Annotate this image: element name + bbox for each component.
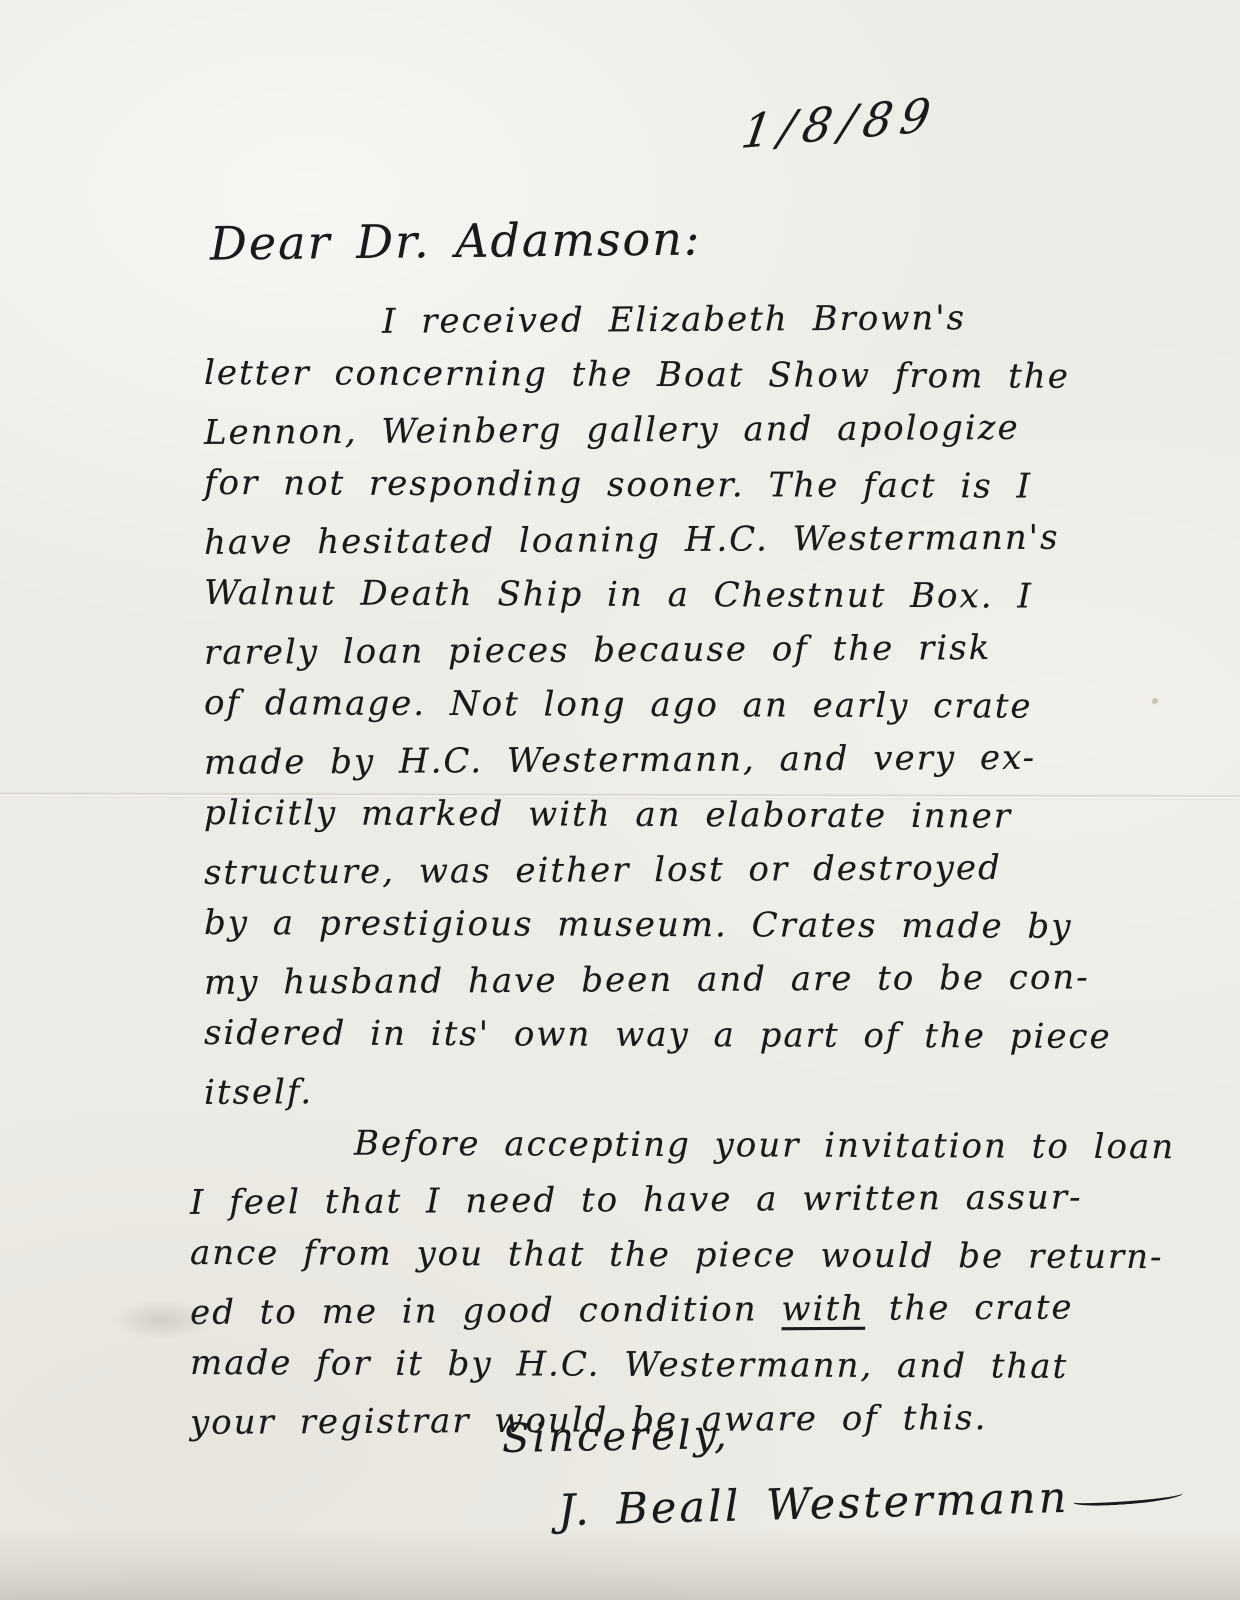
paper-smudge — [112, 1300, 212, 1340]
line-text-post: the crate — [865, 1287, 1074, 1328]
letter-line: rarely loan pieces because of the risk — [204, 620, 1134, 681]
letter-line: Walnut Death Ship in a Chestnut Box. I — [204, 566, 1134, 625]
letter-page: 1/8/89 Dear Dr. Adamson: I received Eliz… — [0, 0, 1240, 1600]
letter-line: made by H.C. Westermann, and very ex- — [204, 730, 1134, 791]
closing: Sincerely, — [502, 1412, 730, 1462]
underlined-word: with — [781, 1289, 865, 1330]
letter-line: Before accepting your invitation to loan — [204, 1116, 1134, 1175]
letter-body: I received Elizabeth Brown's letter conc… — [204, 293, 1134, 1448]
letter-line: ance from you that the piece would be re… — [190, 1226, 1134, 1285]
letter-line: Lennon, Weinberg gallery and apologize — [204, 400, 1134, 461]
signature-flourish-stroke — [1073, 1488, 1184, 1508]
letter-line: itself. — [204, 1060, 1134, 1121]
letter-date: 1/8/89 — [738, 87, 942, 159]
letter-line: of damage. Not long ago an early crate — [204, 676, 1134, 735]
paper-speck — [1152, 698, 1159, 705]
letter-line: for not responding sooner. The fact is I — [204, 456, 1134, 515]
letter-line: by a prestigious museum. Crates made by — [204, 896, 1134, 955]
letter-line: letter concerning the Boat Show from the — [204, 346, 1134, 405]
line-text-pre: ed to me in good condition — [190, 1289, 782, 1333]
paper-fold-crease — [0, 792, 1240, 801]
letter-line: sidered in its' own way a part of the pi… — [204, 1006, 1134, 1065]
letter-line-with-underline: ed to me in good condition with the crat… — [190, 1280, 1134, 1341]
letter-line: I feel that I need to have a written ass… — [190, 1170, 1134, 1231]
letter-line: have hesitated loaning H.C. Westermann's — [204, 510, 1134, 571]
scan-edge-shadow — [0, 1525, 1240, 1600]
letter-line: made for it by H.C. Westermann, and that — [190, 1336, 1134, 1395]
letter-line: I received Elizabeth Brown's — [204, 290, 1134, 351]
letter-line: structure, was either lost or destroyed — [204, 840, 1134, 901]
letter-line: my husband have been and are to be con- — [204, 950, 1134, 1011]
salutation: Dear Dr. Adamson: — [210, 211, 702, 270]
